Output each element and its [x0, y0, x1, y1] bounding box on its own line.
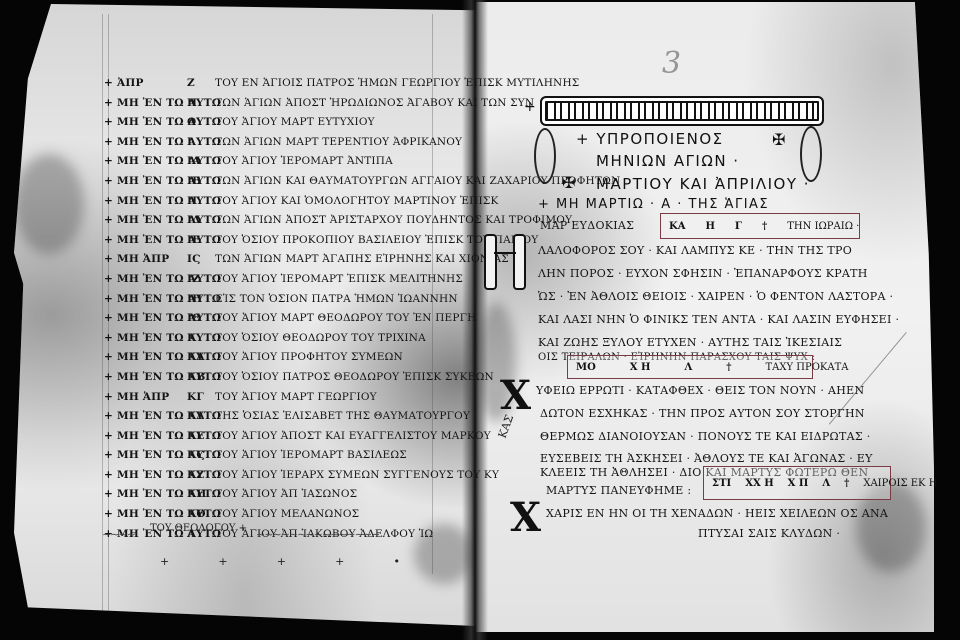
- decorated-initial-x: Χ: [510, 494, 541, 541]
- calendar-entry: +ΜΗ ἘΝ ΤΩ ΑΥΤΩΙΗΕἸΣ ΤΟΝ ὉΣΙΟΝ ΠΑΤΡΑ ἩΜΩΝ…: [104, 290, 484, 310]
- calendar-entry: +ΜΗ ἘΝ ΤΩ ΑΥΤΩΙΕΤΟΥ ὉΣΙΟΥ ΠΡΟΚΟΠΙΟΥ ΒΑΣΙ…: [104, 231, 484, 251]
- calendar-entry: +ΜΗ ἘΝ ΤΩ ΑΥΤΩΗΤΩΝ ἉΓΙΩΝ ἈΠΟΣΤ ἩΡΩΔΙΩΝΟΣ…: [104, 94, 484, 114]
- text-line: ὩΣ · ἘΝ ἈΘΛΟΙΣ ΘΕΙΟΙΣ · ΧΑΙΡΕΝ · Ὁ ΦΕΝΤΟ…: [538, 290, 893, 303]
- annotation-box-1[interactable]: ΚΑ Η Γ † ΤΗΝ ΙΩΡΑΙΩ ·: [660, 213, 860, 239]
- title-line: ΜΗΝΙΩΝ ΑΓΙΩΝ ·: [596, 152, 740, 170]
- manuscript-photograph: +ἈΠΡΖΤΟΥ ΕΝ ἉΓΙΟΙΣ ΠΑΤΡΟΣ ἩΜΩΝ ΓΕΩΡΓΙΟΥ …: [0, 0, 960, 640]
- calendar-entry: +ΜΗ ἘΝ ΤΩ ΑΥΤΩΙΘΤΟΥ ἉΓΙΟΥ ΜΑΡΤ ΘΕΟΔΩΡΟΥ …: [104, 309, 484, 329]
- text-line: ΜΑΡ ΕΥΔΟΚΙΑΣ: [540, 219, 634, 232]
- calendar-entry: +ΜΗ ἈΠΡΙϚΤΩΝ ἉΓΙΩΝ ΜΑΡΤ ἈΓΑΠΗΣ ΕἸΡΗΝΗΣ Κ…: [104, 250, 484, 270]
- calendar-entry: +ΜΗ ἘΝ ΤΩ ΑΥΤΩΚΗΤΟΥ ἉΓΙΟΥ ἈΠ ἸΑΣΩΝΟΣ: [104, 485, 484, 505]
- calendar-entry: +ΜΗ ἘΝ ΤΩ ΑΥΤΩΚΤΟΥ ὉΣΙΟΥ ΘΕΟΔΩΡΟΥ ΤΟΥ ΤΡ…: [104, 329, 484, 349]
- text-line: ΧΑΡΙΣ ΕΝ ΗΝ ΟΙ ΤΗ ΧΕΝΑΔΩΝ · ΗΕΙΣ ΧΕΙΛΕΩΝ…: [546, 507, 888, 520]
- calendar-entry: +ΜΗ ἘΝ ΤΩ ΑΥΤΩΘΤΟΥ ἉΓΙΟΥ ΜΑΡΤ ΕΥΤΥΧΙΟΥ: [104, 113, 484, 133]
- calendar-entry: +ΜΗ ἘΝ ΤΩ ΑΥΤΩΚΘΤΟΥ ἉΓΙΟΥ ΜΕΛΑΝΩΝΟΣ: [104, 505, 484, 525]
- stain: [14, 154, 84, 254]
- calendar-entry: +ΜΗ ἘΝ ΤΩ ΑΥΤΩΚΑΤΟΥ ἉΓΙΟΥ ΠΡΟΦΗΤΟΥ ΣΥΜΕΩ…: [104, 348, 484, 368]
- left-page-text: +ἈΠΡΖΤΟΥ ΕΝ ἉΓΙΟΙΣ ΠΑΤΡΟΣ ἩΜΩΝ ΓΕΩΡΓΙΟΥ …: [104, 74, 484, 544]
- text-line: ΛΗΝ ΠΟΡΟΣ · ΕΥΧΟΝ ΣΦΗΣΙΝ · ἘΠΑΝΑΡΦΟΥΣ ΚΡ…: [538, 267, 868, 280]
- wavy-ornament: ∼∼∼∼∼∼∼∼∼∼∼∼∼∼∼: [256, 528, 379, 541]
- text-line: ΔΩΤΟΝ ΕΣΧΗΚΑΣ · ΤΗΝ ΠΡΟΣ ΑΥΤΟΝ ΣΟΥ ΣΤΟΡΓ…: [540, 407, 865, 420]
- ornament-right-icon: [800, 126, 822, 182]
- ruling-line: [102, 14, 103, 614]
- closing-line: ΤΟΥ ΘΕΟΛΟΓΟΥ +: [150, 523, 247, 534]
- decorated-initial-x: Χ: [500, 372, 531, 419]
- calendar-entry: +ἈΠΡΖΤΟΥ ΕΝ ἉΓΙΟΙΣ ΠΑΤΡΟΣ ἩΜΩΝ ΓΕΩΡΓΙΟΥ …: [104, 74, 484, 94]
- ornament-left-icon: [534, 128, 556, 184]
- cross-icon: +: [524, 99, 536, 115]
- calendar-entry: +ΜΗ ἈΠΡΚΓΤΟΥ ἉΓΙΟΥ ΜΑΡΤ ΓΕΩΡΓΙΟΥ: [104, 388, 484, 408]
- text-line: ΥΦΕΙΩ ΕΡΡΩΤΙ · ΚΑΤΑΦΘΕΧ · ΘΕΙΣ ΤΟΝ ΝΟΥΝ …: [536, 384, 864, 397]
- wavy-ornament: ∼∼∼∼: [102, 528, 135, 541]
- calendar-entry: +ΜΗ ἘΝ ΤΩ ΑΥΤΩΚΒΤΟΥ ὉΣΙΟΥ ΠΑΤΡΟΣ ΘΕΟΔΩΡΟ…: [104, 368, 484, 388]
- calendar-entry: +ΜΗ ἘΝ ΤΩ ΑΥΤΩΙΑΤΟΥ ἉΓΙΟΥ ἹΕΡΟΜΑΡΤ ἈΝΤΙΠ…: [104, 152, 484, 172]
- title-line: + ΜΗ ΜΑΡΤΙΩ · Α · ΤΗΣ ἉΓΙΑΣ: [538, 197, 769, 212]
- text-line: ΜΑΡΤΥΣ ΠΑΝΕΥΦΗΜΕ :: [546, 484, 691, 497]
- page-edge: [934, 0, 960, 640]
- calendar-entry: +ΜΗ ἘΝ ΤΩ ΑΥΤΩΚΔΤΗΣ ὉΣΙΑΣ ἘΛΙΣΑΒΕΤ ΤΗΣ Θ…: [104, 407, 484, 427]
- calendar-entry: +ΜΗ ἘΝ ΤΩ ΑΥΤΩΚϚΤΟΥ ἉΓΙΟΥ ἹΕΡΟΜΑΡΤ ΒΑΣΙΛ…: [104, 446, 484, 466]
- text-line: ΘΕΡΜΩΣ ΔΙΑΝΟΙΟΥΣΑΝ · ΠΟΝΟΥΣ ΤΕ ΚΑΙ ΕΙΔΡΩ…: [540, 430, 871, 443]
- text-line: ΚΑΙ ΖΩΗΣ ΞΥΛΟΥ ΕΤΥΧΕΝ · ΑΥΤΗΣ ΤΑΙΣ ἹΚΕΣΙ…: [538, 336, 842, 349]
- decorative-crosses: + + + + •: [160, 555, 400, 568]
- calendar-entry: +ΜΗ ἘΝ ΤΩ ΑΥΤΩΙΤΩΝ ἉΓΙΩΝ ΜΑΡΤ ΤΕΡΕΝΤΙΟΥ …: [104, 133, 484, 153]
- calendar-entry: +ΜΗ ἘΝ ΤΩ ΑΥΤΩΙΖΤΟΥ ἉΓΙΟΥ ἹΕΡΟΜΑΡΤ ἘΠΙΣΚ…: [104, 270, 484, 290]
- calendar-entry: +ΜΗ ἘΝ ΤΩ ΑΥΤΩΚΖΤΟΥ ἉΓΙΟΥ ἹΕΡΑΡΧ ΣΥΜΕΩΝ …: [104, 466, 484, 486]
- text-line: ΚΑΙ ΛΑΣΙ ΝΗΝ Ὁ ΦΙΝΙΚΣ ΤΕΝ ΑΝΤΑ · ΚΑΙ ΛΑΣ…: [538, 313, 899, 326]
- annotation-box-3[interactable]: ΣΤΙ ΧΧ Η Χ Π Λ † ΧΑΙΡΟΙΣ ΕΚ Η: [703, 466, 891, 500]
- folio-number: 3: [662, 46, 681, 81]
- calendar-entry: +ΜΗ ἘΝ ΤΩ ΑΥΤΩΙΒΤΩΝ ἉΓΙΩΝ ΚΑΙ ΘΑΥΜΑΤΟΥΡΓ…: [104, 172, 484, 192]
- calendar-entry: +ΜΗ ἘΝ ΤΩ ΑΥΤΩΙΔΤΩΝ ἉΓΙΩΝ ἈΠΟΣΤ ἈΡΙΣΤΑΡΧ…: [104, 211, 484, 231]
- calendar-entry: +ΜΗ ἘΝ ΤΩ ΑΥΤΩΙΓΤΟΥ ἉΓΙΟΥ ΚΑΙ ὉΜΟΛΟΓΗΤΟΥ…: [104, 192, 484, 212]
- knot-ornament-icon: ✠: [562, 173, 575, 192]
- title-line: + ΥΠΡΟΠΟΙΕΝΟΣ: [576, 130, 724, 148]
- text-line: ΠΤΥΣΑΙ ΣΑΙΣ ΚΛΥΔΩΝ ·: [698, 527, 840, 540]
- decorated-initial-h: [484, 234, 526, 290]
- text-line: ΕΥΣΕΒΕΙΣ ΤΗ ἈΣΚΗΣΕΙ · ἈΘΛΟΥΣ ΤΕ ΚΑΙ ἈΓΩΝ…: [540, 452, 873, 465]
- title-line: ΜΑΡΤΙΟΥ ΚΑΙ ἈΠΡΙΛΙΟΥ ·: [596, 175, 810, 193]
- text-line: ΛΑΛΟΦΟΡΟΣ ΣΟΥ · ΚΑΙ ΛΑΜΠΥΣ ΚΕ · ΤΗΝ ΤΗΣ …: [538, 244, 852, 257]
- knot-ornament-icon: ✠: [772, 130, 785, 149]
- annotation-box-2[interactable]: ΜΟ Χ Η Λ † ΤΑΧΥ ΠΡΟΚΑΤΑ: [567, 355, 813, 379]
- calendar-entry: +ΜΗ ἘΝ ΤΩ ΑΥΤΩΚΕΤΟΥ ἉΓΙΟΥ ἈΠΟΣΤ ΚΑΙ ΕΥΑΓ…: [104, 427, 484, 447]
- interlace-headpiece: [540, 96, 824, 126]
